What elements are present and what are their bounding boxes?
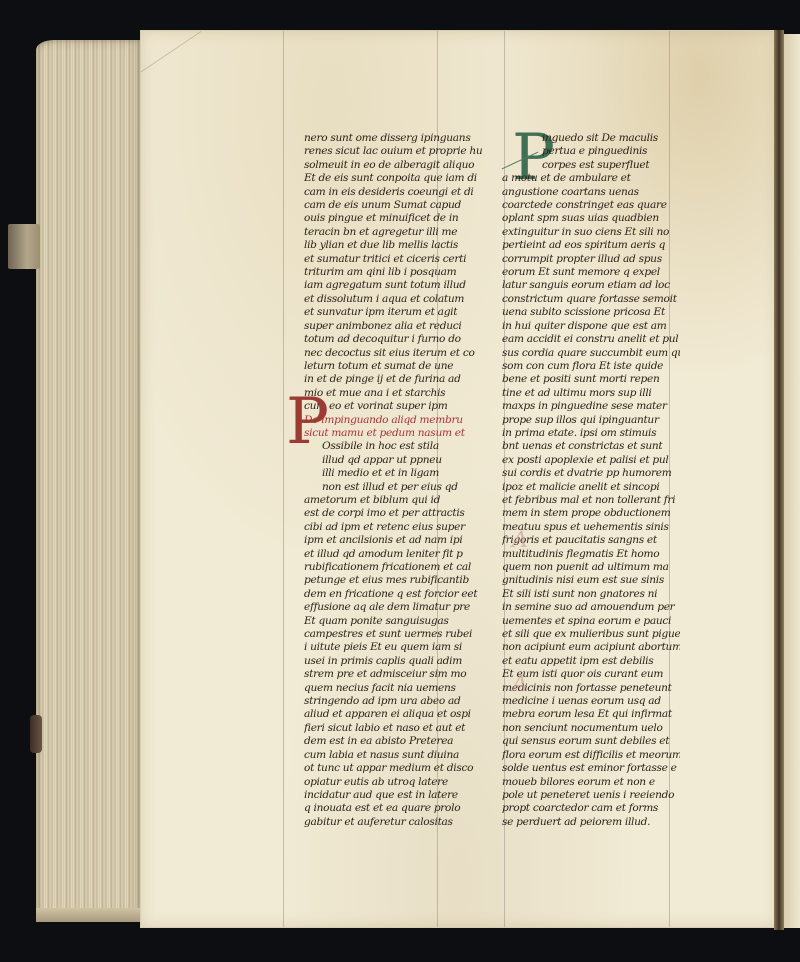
corner-fold — [141, 31, 201, 112]
text-line: q inouata est et ea quare prolo — [304, 802, 482, 815]
text-line: se perduert ad peiorem illud. — [502, 816, 680, 829]
text-line: aliud et apparen ei aliqua et ospi — [304, 708, 482, 721]
manuscript-photo: nero sunt ome disserg ipinguansrenes sic… — [0, 0, 800, 962]
text-line: et sumatur tritici et ciceris certi — [304, 253, 482, 266]
text-line: bene et positi sunt morti repen — [502, 373, 680, 386]
text-line: cum eo et vorinat super ipm — [304, 400, 482, 413]
text-line: moueb bilores eorum et non e — [502, 776, 680, 789]
text-line: et illud qd amodum leniter fit p — [304, 548, 482, 561]
text-line: tine et ad ultimu mors sup illi — [502, 387, 680, 400]
text-line: campestres et sunt uermes rubei — [304, 628, 482, 641]
text-line: Et de eis sunt conpoita que iam di — [304, 172, 482, 185]
text-line: est de corpi imo et per attractis — [304, 507, 482, 520]
text-line: pertua e pinguedinis — [502, 145, 680, 158]
text-line: ametorum et biblum qui id — [304, 494, 482, 507]
text-line: mebra eorum lesa Et qui infirmat — [502, 708, 680, 721]
text-line: in semine suo ad amouendum per — [502, 601, 680, 614]
text-line: et eatu appetit ipm est debilis — [502, 655, 680, 668]
text-line: ot tunc ut appar medium et disco — [304, 762, 482, 775]
text-line: Et quam ponite sanguisugas — [304, 615, 482, 628]
text-line: strem pre et admisceiur sim mo — [304, 668, 482, 681]
text-line: in hui quiter dispone que est am — [502, 320, 680, 333]
text-line: propt coarctedor cam et forms — [502, 802, 680, 815]
decorated-initial-red: P — [286, 392, 329, 452]
page-block-fore-edge — [36, 40, 144, 922]
text-line: teracin bn et agregetur illi me — [304, 226, 482, 239]
text-line: fieri sicut labio et naso et aut et — [304, 722, 482, 735]
ruling-line — [283, 31, 284, 927]
text-line: effusione aq ale dem limatur pre — [304, 601, 482, 614]
text-line: ipm et ancilsionis et ad nam ipi — [304, 534, 482, 547]
text-line: illud qd appar ut ppneu — [304, 454, 482, 467]
text-line: bnt uenas et constrictas et sunt — [502, 440, 680, 453]
text-line: petunge et eius mes rubificantib — [304, 574, 482, 587]
text-line: non est illud et per eius qd — [304, 481, 482, 494]
marginal-mark: A — [512, 528, 528, 553]
text-line: solde uentus est eminor fortasse e — [502, 762, 680, 775]
text-line: quem necius facit nia uemens — [304, 682, 482, 695]
text-column-left: nero sunt ome disserg ipinguansrenes sic… — [304, 132, 482, 829]
text-line: incidatur aud que est in latere — [304, 789, 482, 802]
text-line: solmeuit in eo de alberagit aliquo — [304, 159, 482, 172]
text-line: angustione coartans uenas — [502, 186, 680, 199]
binding-gutter — [774, 30, 784, 930]
text-line: maxps in pinguedine sese mater — [502, 400, 680, 413]
text-line: lib ylian et due lib mellis lactis — [304, 239, 482, 252]
text-line: cum labia et nasus sunt diuina — [304, 749, 482, 762]
text-line: meatuu spus et uehementis sinis — [502, 521, 680, 534]
text-line: iam agregatum sunt totum illud — [304, 279, 482, 292]
text-line: usei in primis caplis quali adim — [304, 655, 482, 668]
text-line: stringendo ad ipm ura abeo ad — [304, 695, 482, 708]
text-line: prope sup illos qui ipinguantur — [502, 414, 680, 427]
text-line: constrictum quare fortasse semoit — [502, 293, 680, 306]
text-line: opiatur eutis ab utroq latere — [304, 776, 482, 789]
text-line: eorum Et sunt memore q expel — [502, 266, 680, 279]
text-line: rubificationem fricationem et cal — [304, 561, 482, 574]
text-line: medicine i uenas eorum usq ad — [502, 695, 680, 708]
facing-page-edge — [784, 34, 800, 928]
text-line: ex posti apoplexie et palisi et pul — [502, 454, 680, 467]
text-line: cam de eis unum Sumat capud — [304, 199, 482, 212]
text-line: ouis pingue et minuificet de in — [304, 212, 482, 225]
text-line: gabitur et auferetur calositas — [304, 816, 482, 829]
text-column-right: inguedo sit De maculispertua e pinguedin… — [502, 132, 680, 829]
text-line: et dissolutum i aqua et colatum — [304, 293, 482, 306]
text-line: som con cum flora Et iste quide — [502, 360, 680, 373]
text-line: non senciunt nocumentum uelo — [502, 722, 680, 735]
text-line: non acipiunt eum acipiunt abortum — [502, 641, 680, 654]
text-line: nec decoctus sit eius iterum et co — [304, 347, 482, 360]
text-line: eam accidit ei constru anelit et pul — [502, 333, 680, 346]
text-line: sui cordis et dvatrie pp humorem — [502, 467, 680, 480]
text-line: Et sili isti sunt non gnatores ni — [502, 588, 680, 601]
text-line: dem est in ea abisto Preterea — [304, 735, 482, 748]
text-line: gnitudinis nisi eum est sue sinis — [502, 574, 680, 587]
text-line: leturn totum et sumat de une — [304, 360, 482, 373]
text-line: uena subito scissione pricosa Et — [502, 306, 680, 319]
text-line: Et eum isti quor ois curant eum — [502, 668, 680, 681]
text-line: mio et mue ana i et starchis — [304, 387, 482, 400]
text-line: in et de pinge ij et de furina ad — [304, 373, 482, 386]
text-line: et febribus mal et non tollerant fri — [502, 494, 680, 507]
text-line: latur sanguis eorum etiam ad loc — [502, 279, 680, 292]
text-line: in prima etate. ipsi om stimuis — [502, 427, 680, 440]
clasp-strap-top — [8, 224, 40, 269]
text-line: super animbonez alia et reduci — [304, 320, 482, 333]
text-line: pole ut peneteret uenis i reeiendo — [502, 789, 680, 802]
text-line: illi medio et et in ligam — [304, 467, 482, 480]
text-line: i uitute pieis Et eu quem iam si — [304, 641, 482, 654]
text-line: flora eorum est difficilis et meorum — [502, 749, 680, 762]
text-line: corpes est superfluet — [502, 159, 680, 172]
text-line: extinguitur in suo ciens Et sili no — [502, 226, 680, 239]
text-line: et sili que ex mulieribus sunt pigues — [502, 628, 680, 641]
text-line: mem in stem prope obductionem — [502, 507, 680, 520]
text-line: dem en fricatione q est forcior eet — [304, 588, 482, 601]
text-line: multitudinis flegmatis Et homo — [502, 548, 680, 561]
text-line: qui sensus eorum sunt debiles et — [502, 735, 680, 748]
text-line: sicut mamu et pedum nasum et — [304, 427, 482, 440]
clasp-strap-bottom — [30, 715, 42, 753]
text-line: Ossibile in hoc est stila — [304, 440, 482, 453]
text-line: quem non puenit ad ultimum ma — [502, 561, 680, 574]
text-line: De impinguando aliqd membru — [304, 414, 482, 427]
text-line: corrumpit propter illud ad spus — [502, 253, 680, 266]
text-line: cibi ad ipm et retenc eius super — [304, 521, 482, 534]
text-line: frigoris et paucitatis sangns et — [502, 534, 680, 547]
marginal-mark: A — [512, 672, 528, 697]
text-line: uementes et spina eorum e pauci — [502, 615, 680, 628]
text-line: sus cordia quare succumbit eum qu — [502, 347, 680, 360]
text-line: oplant spm suas uias quadbien — [502, 212, 680, 225]
text-line: ipoz et malicie anelit et sincopi — [502, 481, 680, 494]
text-line: a motu et de ambulare et — [502, 172, 680, 185]
text-line: coarctede constringet eas quare — [502, 199, 680, 212]
text-line: cam in eis desideris coeungi et di — [304, 186, 482, 199]
text-line: nero sunt ome disserg ipinguans — [304, 132, 482, 145]
text-line: et sunvatur ipm iterum et agit — [304, 306, 482, 319]
text-line: renes sicut lac ouium et proprie hu — [304, 145, 482, 158]
text-line: inguedo sit De maculis — [502, 132, 680, 145]
text-line: pertieint ad eos spiritum aeris q — [502, 239, 680, 252]
text-line: triturim am qini lib i posquam — [304, 266, 482, 279]
text-line: medicinis non fortasse peneteunt — [502, 682, 680, 695]
text-line: totum ad decoquitur i furno do — [304, 333, 482, 346]
